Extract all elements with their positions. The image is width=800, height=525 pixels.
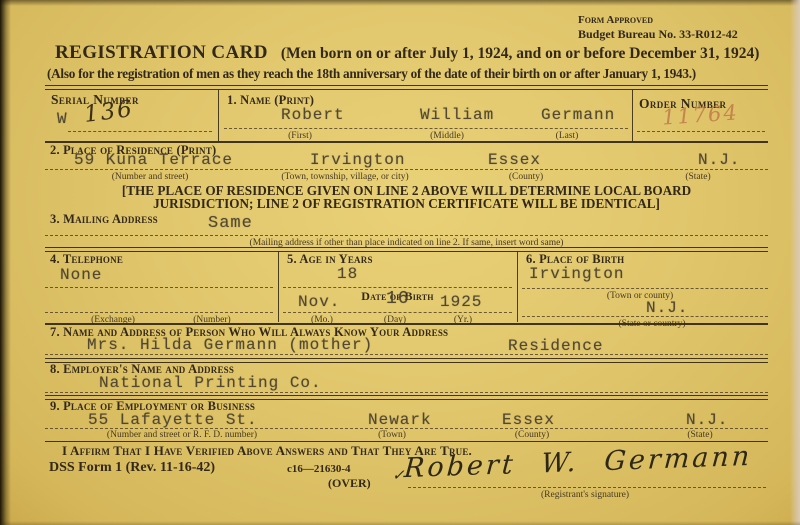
birth-town-fill-line — [522, 288, 768, 289]
divider-name-order — [632, 90, 633, 141]
name-first: Robert — [281, 106, 345, 124]
serial-fill-line — [68, 131, 212, 132]
dob-year: 1925 — [440, 293, 482, 311]
contact-value: Mrs. Hilda Germann (mother) — [87, 336, 373, 354]
birth-state-fill-line — [522, 316, 768, 317]
signature-fill-line — [408, 487, 766, 488]
name-last-sublabel: (Last) — [556, 131, 579, 141]
employment-town-sublabel: (Town) — [378, 430, 406, 440]
employer-value: National Printing Co. — [99, 374, 322, 392]
divider-telephone-age — [278, 251, 279, 322]
name-middle: William — [420, 106, 494, 124]
budget-bureau-number: Budget Bureau No. 33-R012-42 — [578, 27, 738, 42]
form-id: DSS Form 1 (Rev. 11-16-42) — [49, 460, 215, 476]
over-note: (OVER) — [328, 476, 371, 491]
employment-town: Newark — [368, 411, 432, 429]
telephone-fill-line2 — [45, 312, 273, 313]
card-title: REGISTRATION CARD — [55, 42, 268, 64]
employment-county: Essex — [502, 411, 555, 429]
divider-age-birth — [517, 251, 518, 322]
order-fill-line — [637, 131, 765, 132]
residence-county-sublabel: (County) — [509, 172, 543, 182]
residence-fill-line — [45, 169, 768, 170]
residence-street: 59 Kuna Terrace — [74, 151, 233, 169]
rule-row9-bottom — [45, 441, 768, 442]
scan-edge-left — [0, 0, 11, 525]
scan-edge-bottom — [0, 521, 800, 525]
title-row: REGISTRATION CARD (Men born on or after … — [55, 42, 759, 64]
scan-edge-right — [790, 0, 800, 525]
residence-city-sublabel: (Town, township, village, or city) — [281, 172, 408, 182]
dob-day: 16 — [386, 289, 410, 309]
mailing-address-value: Same — [208, 214, 253, 233]
residence-state-sublabel: (State) — [685, 172, 710, 182]
residence-state: N.J. — [698, 151, 740, 169]
employment-state: N.J. — [686, 411, 728, 429]
employment-fill-line — [45, 428, 768, 429]
birth-town-value: Irvington — [529, 265, 624, 283]
print-code: c16—21630-4 — [287, 463, 351, 475]
age-label: 5. Age in Years — [287, 252, 373, 267]
contact-residence-value: Residence — [508, 337, 603, 355]
serial-number-value: 136 — [83, 96, 136, 128]
form-approved-label: Form Approved — [578, 14, 653, 26]
scan-edge-top — [0, 0, 800, 6]
name-last: Germann — [541, 106, 615, 124]
telephone-value: None — [60, 266, 102, 284]
order-number-value: 11764 — [661, 100, 739, 129]
mailing-address-label: 3. Mailing Address — [50, 212, 158, 227]
card-subtitle: (Also for the registration of men as the… — [47, 66, 696, 82]
serial-prefix: W — [57, 110, 68, 128]
telephone-fill-line1 — [45, 287, 273, 288]
telephone-label: 4. Telephone — [50, 252, 123, 267]
residence-city: Irvington — [310, 151, 405, 169]
board-note-line2: JURISDICTION; LINE 2 OF REGISTRATION CER… — [45, 196, 768, 212]
rule-row3-bottom — [45, 247, 768, 252]
dob-month: Nov. — [298, 293, 340, 311]
registration-card: Form Approved Budget Bureau No. 33-R012-… — [0, 0, 800, 525]
age-fill-line — [283, 287, 512, 288]
age-value: 18 — [337, 265, 358, 283]
employment-street: 55 Lafayette St. — [88, 411, 258, 429]
card-title-note: (Men born on or after July 1, 1924, and … — [281, 45, 760, 63]
dob-fill-line — [283, 312, 512, 313]
name-middle-sublabel: (Middle) — [430, 131, 464, 141]
employer-fill-line — [45, 392, 768, 393]
birth-state-value: N.J. — [646, 299, 688, 317]
mailing-fill-line — [45, 235, 768, 236]
residence-county: Essex — [488, 151, 541, 169]
contact-fill-line — [45, 354, 768, 355]
rule-header — [45, 85, 768, 90]
signature-sublabel: (Registrant's signature) — [541, 490, 629, 500]
employment-state-sublabel: (State) — [687, 430, 712, 440]
employment-street-sublabel: (Number and street or R. F. D. number) — [107, 430, 257, 440]
divider-serial-name — [218, 90, 219, 141]
residence-street-sublabel: (Number and street) — [112, 172, 189, 182]
employment-county-sublabel: (County) — [515, 430, 549, 440]
name-first-sublabel: (First) — [288, 131, 312, 141]
name-fill-line — [224, 128, 628, 129]
